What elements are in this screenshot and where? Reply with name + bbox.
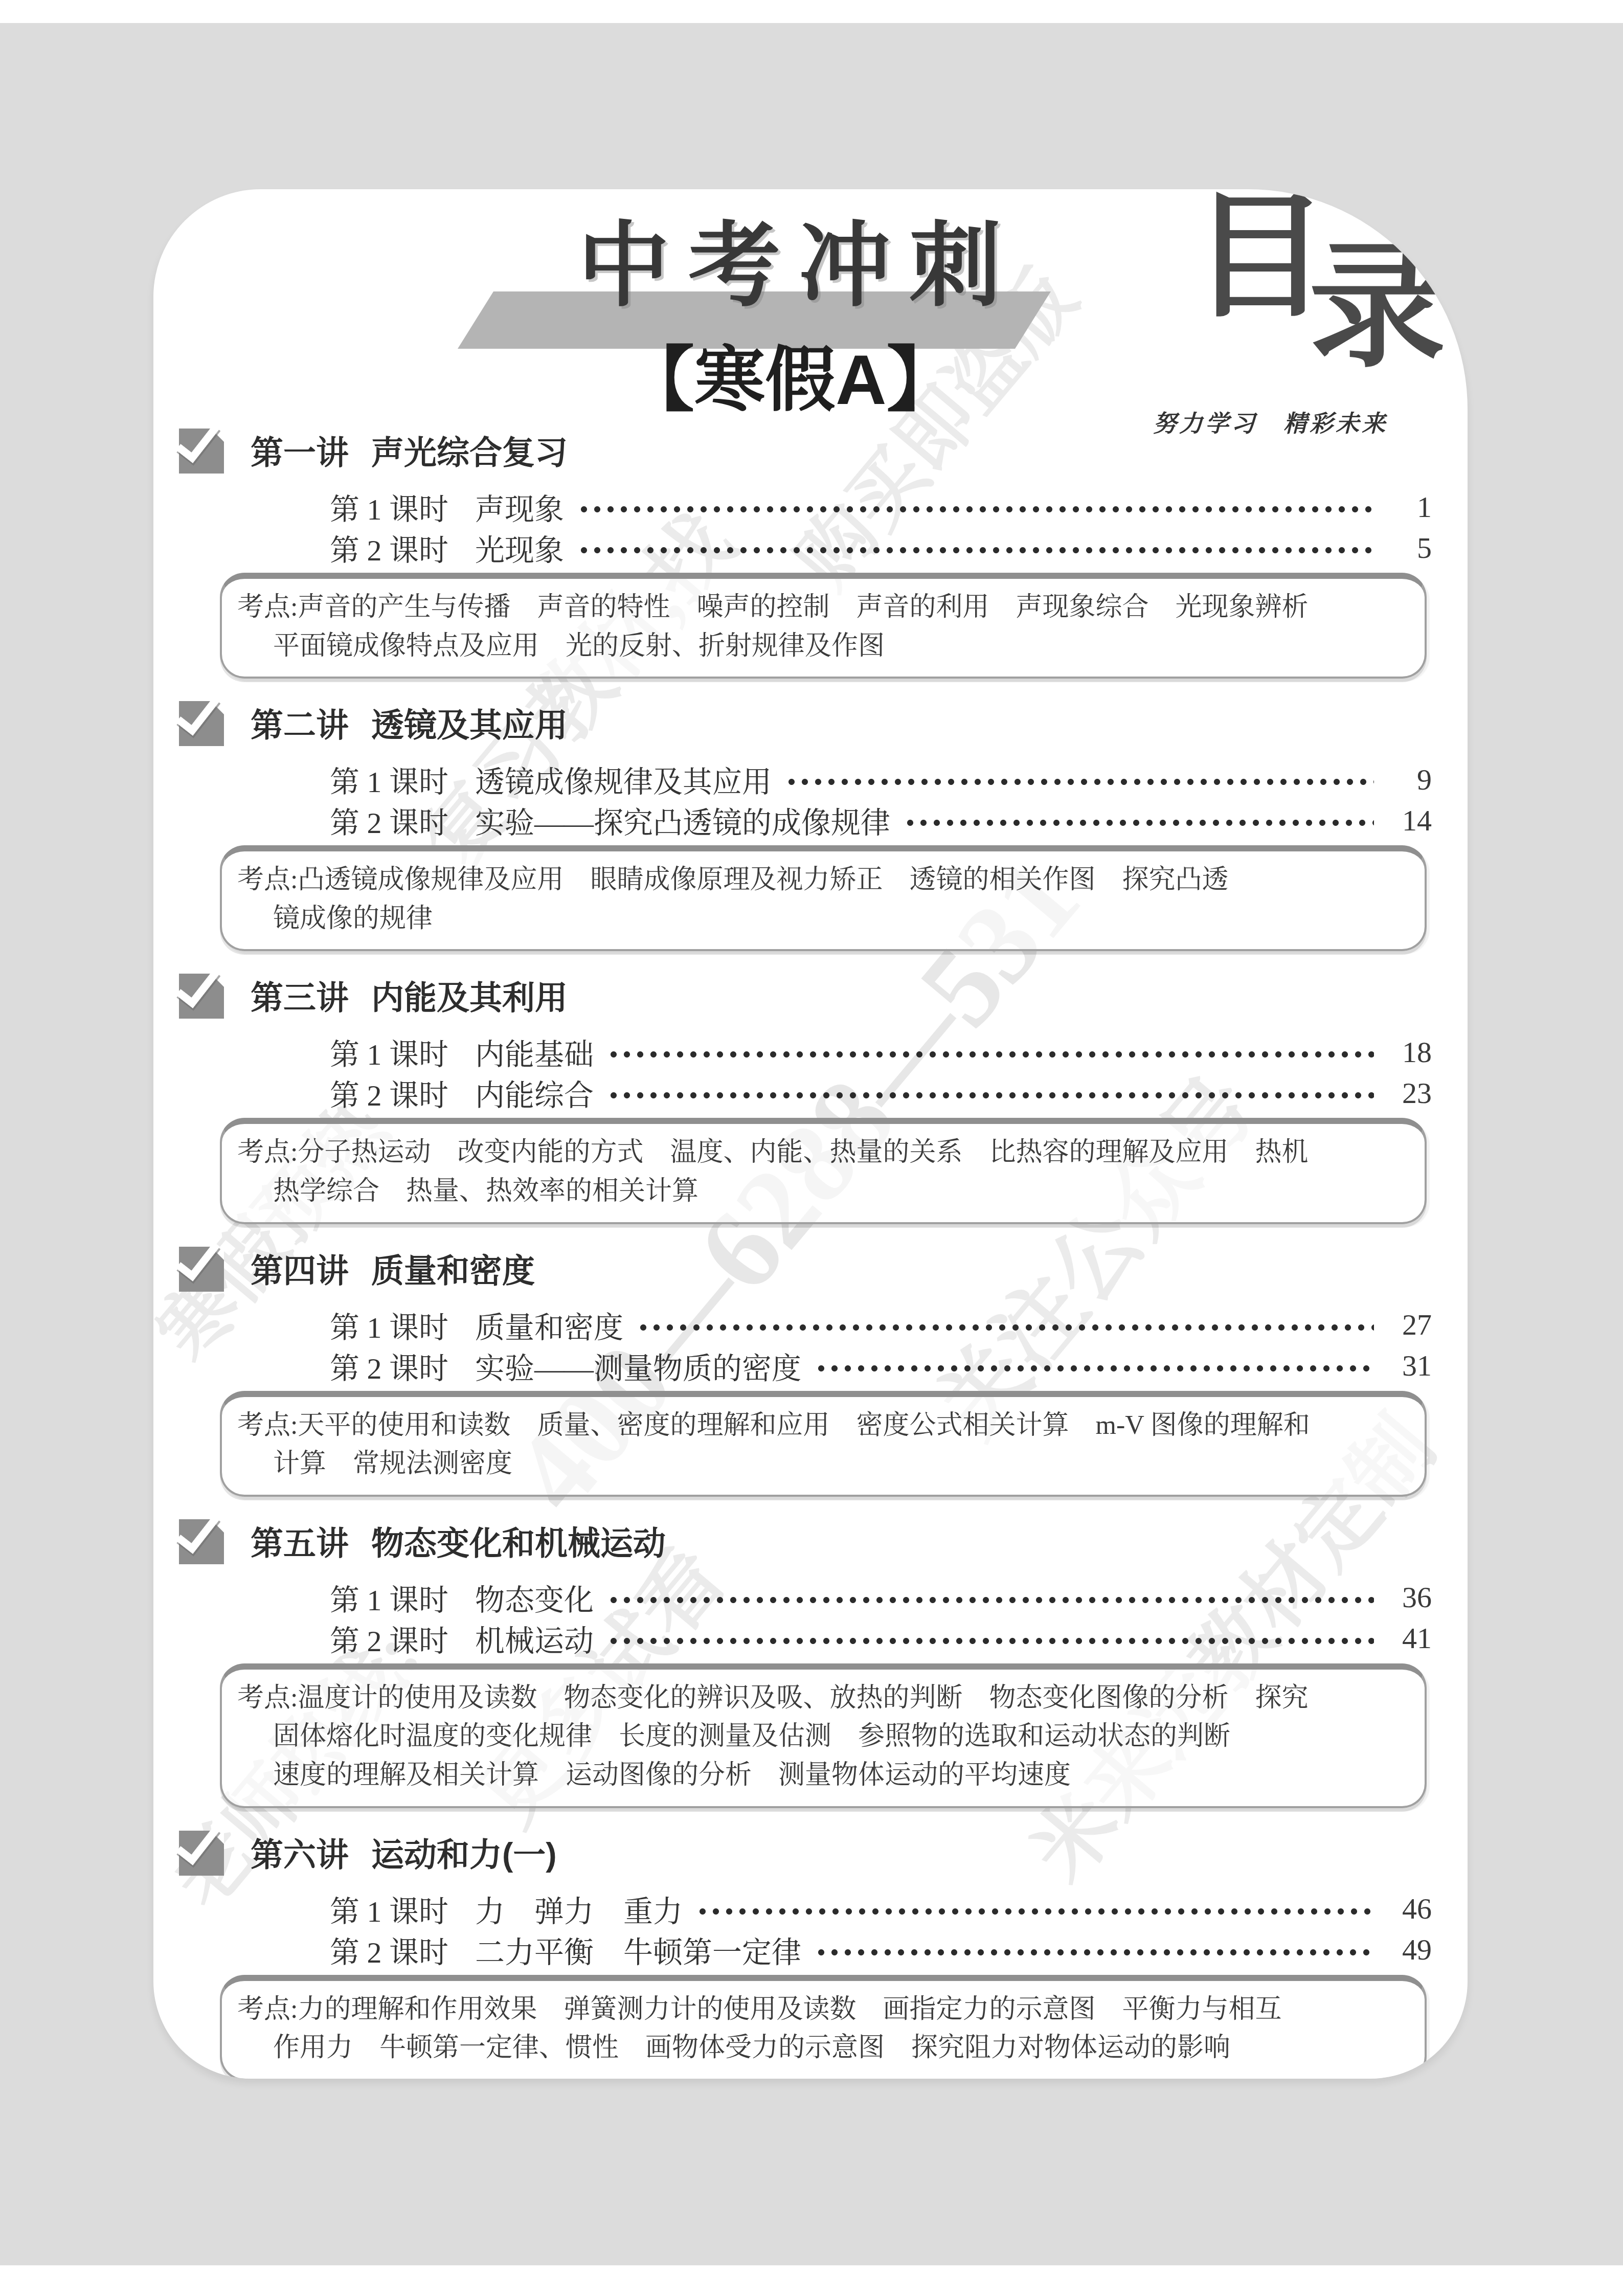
toc-section-4: 第四讲质量和密度 第 1 课时 质量和密度 27 第 2 课时 实验——测量物质…	[153, 1253, 1468, 1497]
toc-entry: 第 2 课时 机械运动 41	[330, 1623, 1432, 1654]
book-subtitle: 【寒假A】	[624, 342, 957, 419]
exam-points-box: 考点:力的理解和作用效果 弹簧测力计的使用及读数 画指定力的示意图 平衡力与相互…	[220, 1975, 1427, 2079]
lecture-heading: 第四讲质量和密度	[251, 1253, 1468, 1289]
toc-entry: 第 1 课时 声现象 1	[330, 491, 1432, 523]
course-title: 实验——探究凸透镜的成像规律	[475, 799, 890, 842]
toc-entry: 第 1 课时 物态变化 36	[330, 1582, 1432, 1613]
exam-points-line: 考点:声音的产生与传播 声音的特性 噪声的控制 声音的利用 声现象综合 光现象辨…	[237, 588, 1409, 627]
toc-entry: 第 1 课时 透镜成像规律及其应用 9	[330, 763, 1432, 795]
lecture-number: 第二讲	[251, 707, 349, 744]
toc-section-1: 第一讲声光综合复习 第 1 课时 声现象 1 第 2 课时 光现象 5	[153, 435, 1468, 679]
lecture-number: 第三讲	[251, 979, 349, 1016]
dot-leader	[696, 1905, 1374, 1918]
toc-heading-char-mu: 目	[1191, 189, 1328, 326]
page-number: 23	[1383, 1076, 1432, 1110]
exam-points-line: 固体熔化时温度的变化规律 长度的测量及估测 参照物的选取和运动状态的判断	[237, 1717, 1409, 1756]
toc-entry: 第 1 课时 质量和密度 27	[330, 1309, 1432, 1341]
checked-checkbox-icon	[179, 429, 224, 474]
course-label: 第 2 课时	[330, 1928, 448, 1971]
toc-entry: 第 2 课时 实验——探究凸透镜的成像规律 14	[330, 804, 1432, 836]
page-number: 9	[1383, 762, 1432, 797]
page-number: 18	[1383, 1035, 1432, 1069]
exam-points-line: 考点:力的理解和作用效果 弹簧测力计的使用及读数 画指定力的示意图 平衡力与相互	[237, 1990, 1409, 2029]
toc-heading-char-lu: 录	[1309, 239, 1446, 376]
lecture-title: 透镜及其应用	[371, 707, 568, 744]
page-number: 5	[1383, 531, 1432, 565]
exam-points-line: 平面镜成像特点及应用 光的反射、折射规律及作图	[237, 627, 1409, 666]
lecture-number: 第四讲	[251, 1252, 349, 1289]
course-title: 二力平衡 牛顿第一定律	[475, 1928, 801, 1971]
scanned-toc-page: 复习教材,找 购买即盗版 400—6288—531 关注公众号 更多试看 米来远…	[0, 0, 1623, 2296]
course-title: 内能综合	[475, 1071, 594, 1114]
checked-checkbox-icon	[179, 1247, 224, 1292]
dot-leader	[904, 816, 1374, 829]
checked-checkbox-icon	[179, 974, 224, 1019]
lecture-title: 物态变化和机械运动	[371, 1525, 666, 1562]
course-title: 声现象	[475, 485, 564, 528]
page-number: 1	[1383, 490, 1432, 524]
toc-sections: 第一讲声光综合复习 第 1 课时 声现象 1 第 2 课时 光现象 5	[153, 435, 1468, 2079]
course-label: 第 1 课时	[330, 1576, 448, 1619]
toc-section-5: 第五讲物态变化和机械运动 第 1 课时 物态变化 36 第 2 课时 机械运动 …	[153, 1525, 1468, 1808]
lecture-number: 第一讲	[251, 434, 349, 471]
toc-section-2: 第二讲透镜及其应用 第 1 课时 透镜成像规律及其应用 9 第 2 课时 实验—…	[153, 707, 1468, 951]
lecture-heading: 第五讲物态变化和机械运动	[251, 1525, 1468, 1561]
course-title: 力 弹力 重力	[475, 1887, 683, 1930]
course-label: 第 1 课时	[330, 1303, 448, 1346]
exam-points-box: 考点:温度计的使用及读数 物态变化的辨识及吸、放热的判断 物态变化图像的分析 探…	[220, 1663, 1427, 1808]
lecture-heading: 第三讲内能及其利用	[251, 980, 1468, 1016]
course-label: 第 1 课时	[330, 1030, 448, 1073]
exam-points-line: 考点:温度计的使用及读数 物态变化的辨识及吸、放热的判断 物态变化图像的分析 探…	[237, 1679, 1409, 1718]
lecture-heading: 第一讲声光综合复习	[251, 435, 1468, 470]
page-number: 14	[1383, 803, 1432, 838]
toc-entry: 第 1 课时 内能基础 18	[330, 1036, 1432, 1068]
lecture-title: 声光综合复习	[371, 434, 568, 471]
toc-entry: 第 2 课时 内能综合 23	[330, 1077, 1432, 1109]
exam-points-line: 计算 常规法测密度	[237, 1445, 1409, 1483]
exam-points-line: 考点:天平的使用和读数 质量、密度的理解和应用 密度公式相关计算 m-V 图像的…	[237, 1406, 1409, 1445]
lecture-number: 第五讲	[251, 1525, 349, 1562]
exam-points-line: 速度的理解及相关计算 运动图像的分析 测量物体运动的平均速度	[237, 1756, 1409, 1795]
course-label: 第 1 课时	[330, 1887, 448, 1930]
exam-points-line: 考点:凸透镜成像规律及应用 眼睛成像原理及视力矫正 透镜的相关作图 探究凸透	[237, 861, 1409, 899]
course-title: 物态变化	[475, 1576, 594, 1619]
book-title: 中考冲刺	[578, 220, 1020, 312]
exam-points-line: 镜成像的规律	[237, 899, 1409, 938]
page-number: 27	[1383, 1308, 1432, 1342]
toc-entry: 第 1 课时 力 弹力 重力 46	[330, 1893, 1432, 1925]
exam-points-line: 热学综合 热量、热效率的相关计算	[237, 1172, 1409, 1211]
course-label: 第 1 课时	[330, 758, 448, 801]
dot-leader	[577, 544, 1374, 557]
dot-leader	[607, 1634, 1374, 1648]
dot-leader	[815, 1362, 1374, 1375]
course-title: 质量和密度	[475, 1303, 623, 1346]
toc-card: 复习教材,找 购买即盗版 400—6288—531 关注公众号 更多试看 米来远…	[153, 189, 1468, 2079]
course-label: 第 2 课时	[330, 799, 448, 842]
course-title: 透镜成像规律及其应用	[475, 758, 772, 801]
lecture-number: 第六讲	[251, 1836, 349, 1873]
exam-points-box: 考点:凸透镜成像规律及应用 眼睛成像原理及视力矫正 透镜的相关作图 探究凸透 镜…	[220, 845, 1427, 951]
lecture-title: 内能及其利用	[371, 979, 568, 1016]
dot-leader	[785, 775, 1374, 789]
lecture-heading: 第六讲运动和力(一)	[251, 1837, 1468, 1873]
dot-leader	[607, 1048, 1374, 1061]
course-title: 内能基础	[475, 1030, 594, 1073]
toc-content: 中考冲刺 【寒假A】 目 录 努力学习 精彩未来 第一讲声光综合复习 第 1 课…	[153, 189, 1468, 2079]
exam-points-line: 考点:分子热运动 改变内能的方式 温度、内能、热量的关系 比热容的理解及应用 热…	[237, 1133, 1409, 1172]
exam-points-box: 考点:天平的使用和读数 质量、密度的理解和应用 密度公式相关计算 m-V 图像的…	[220, 1391, 1427, 1497]
exam-points-box: 考点:声音的产生与传播 声音的特性 噪声的控制 声音的利用 声现象综合 光现象辨…	[220, 573, 1427, 679]
course-title: 机械运动	[475, 1617, 594, 1660]
toc-entry: 第 2 课时 二力平衡 牛顿第一定律 49	[330, 1934, 1432, 1966]
course-title: 实验——测量物质的密度	[475, 1344, 801, 1387]
course-label: 第 2 课时	[330, 1617, 448, 1660]
exam-points-box: 考点:分子热运动 改变内能的方式 温度、内能、热量的关系 比热容的理解及应用 热…	[220, 1118, 1427, 1224]
page-number: 36	[1383, 1580, 1432, 1614]
lecture-title: 质量和密度	[371, 1252, 535, 1289]
toc-section-3: 第三讲内能及其利用 第 1 课时 内能基础 18 第 2 课时 内能综合 23	[153, 980, 1468, 1224]
toc-entry: 第 2 课时 实验——测量物质的密度 31	[330, 1350, 1432, 1382]
checked-checkbox-icon	[179, 1831, 224, 1876]
motto-text: 努力学习 精彩未来	[1153, 405, 1388, 439]
lecture-heading: 第二讲透镜及其应用	[251, 707, 1468, 743]
dot-leader	[815, 1946, 1374, 1959]
page-number: 49	[1383, 1932, 1432, 1967]
course-label: 第 2 课时	[330, 1344, 448, 1387]
toc-entry: 第 2 课时 光现象 5	[330, 532, 1432, 564]
page-number: 41	[1383, 1621, 1432, 1655]
checked-checkbox-icon	[179, 1519, 224, 1564]
dot-leader	[607, 1593, 1374, 1607]
page-number: 46	[1383, 1892, 1432, 1926]
course-label: 第 2 课时	[330, 1071, 448, 1114]
course-label: 第 2 课时	[330, 526, 448, 569]
dot-leader	[637, 1321, 1374, 1334]
page-number: 31	[1383, 1348, 1432, 1383]
course-title: 光现象	[475, 526, 564, 569]
dot-leader	[577, 503, 1374, 516]
course-label: 第 1 课时	[330, 485, 448, 528]
lecture-title: 运动和力(一)	[371, 1836, 557, 1873]
exam-points-line: 作用力 牛顿第一定律、惯性 画物体受力的示意图 探究阻力对物体运动的影响	[237, 2029, 1409, 2067]
checked-checkbox-icon	[179, 701, 224, 746]
toc-section-6: 第六讲运动和力(一) 第 1 课时 力 弹力 重力 46 第 2 课时 二力平衡…	[153, 1837, 1468, 2079]
dot-leader	[607, 1089, 1374, 1102]
